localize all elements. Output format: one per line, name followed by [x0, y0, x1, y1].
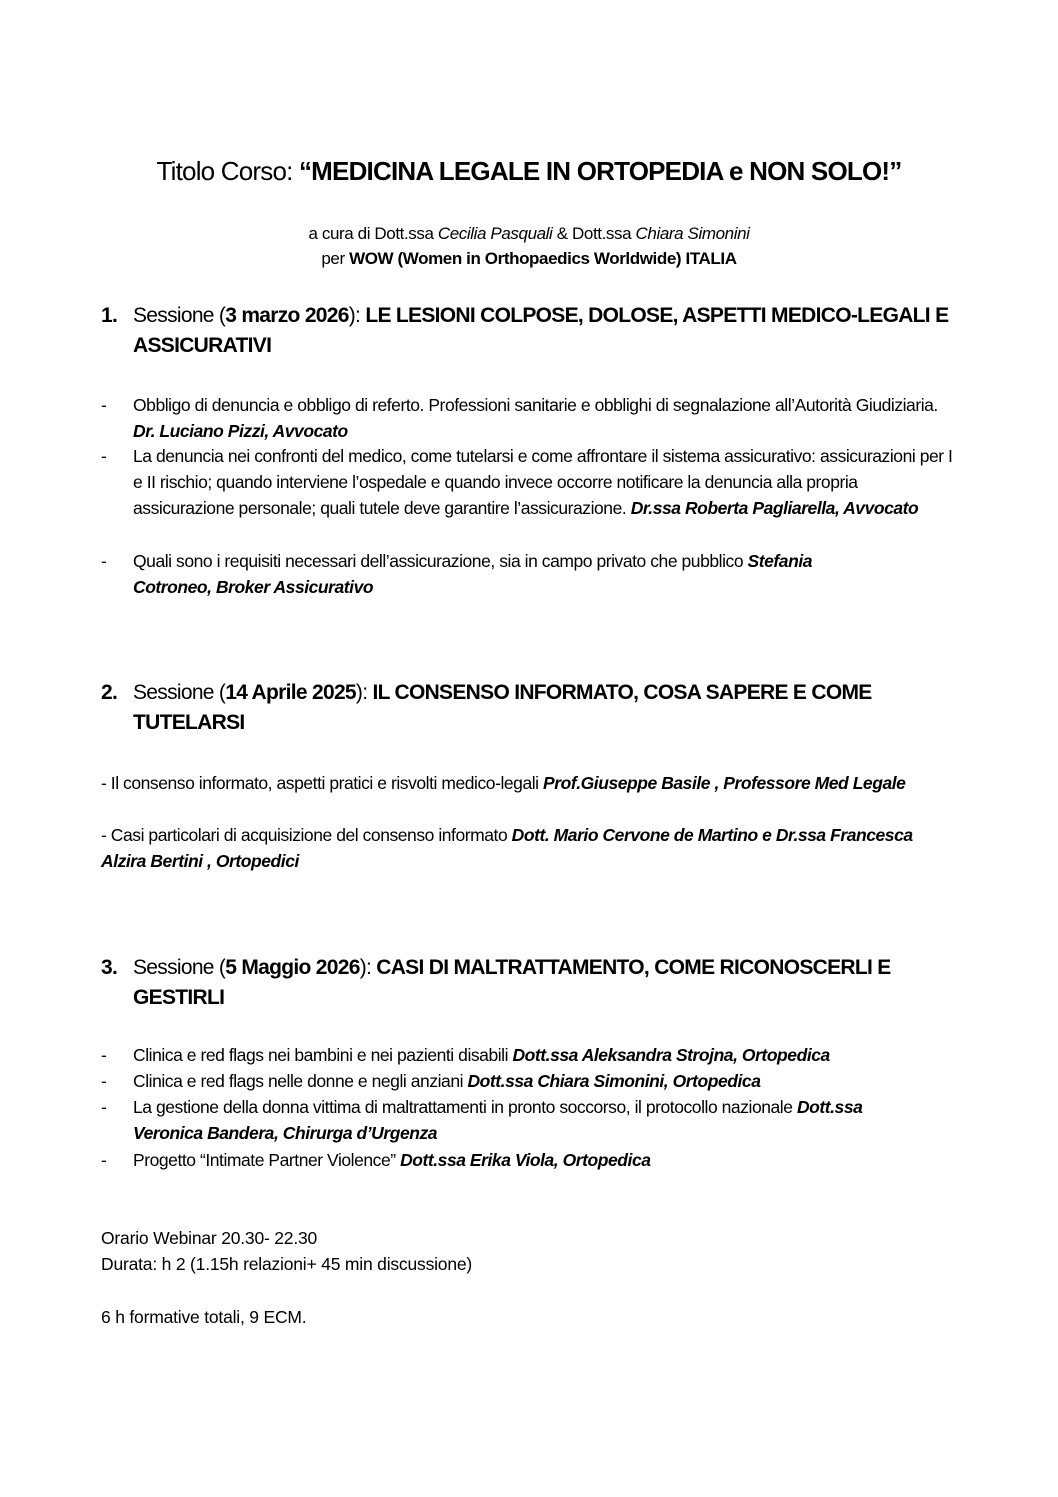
session-label: Sessione (	[133, 956, 225, 979]
session-label: Sessione (	[133, 304, 225, 327]
session-label: Sessione (	[133, 681, 225, 704]
course-title-prefix: Titolo Corso:	[157, 156, 299, 186]
curator-name: Cecilia Pasquali	[438, 224, 553, 243]
session-heading: 1. Sessione (3 marzo 2026): LE LESIONI C…	[101, 301, 961, 361]
dash-bullet: -	[101, 773, 111, 793]
dash-bullet: -	[101, 1068, 106, 1094]
session-heading: 2. Sessione (14 Aprile 2025): IL CONSENS…	[101, 678, 961, 738]
item-text: Il consenso informato, aspetti pratici e…	[111, 773, 543, 793]
session-item: - Quali sono i requisiti necessari dell’…	[101, 548, 961, 600]
speaker-name: Dr. Luciano Pizzi, Avvocato	[133, 421, 348, 441]
session-heading: 3. Sessione (5 Maggio 2026): CASI DI MAL…	[101, 953, 961, 1013]
for-prefix: per	[321, 249, 349, 268]
item-text: La gestione della donna vittima di maltr…	[133, 1097, 797, 1117]
speaker-name: Prof.Giuseppe Basile , Professore Med Le…	[543, 773, 905, 793]
session-item: - Obbligo di denuncia e obbligo di refer…	[101, 392, 961, 444]
session-item: - Progetto “Intimate Partner Violence” D…	[101, 1147, 961, 1173]
session-date: 5 Maggio 2026	[225, 956, 359, 979]
dash-bullet: -	[101, 392, 106, 418]
session-item: - La gestione della donna vittima di mal…	[101, 1094, 961, 1146]
item-text: Clinica e red flags nei bambini e nei pa…	[133, 1045, 512, 1065]
dash-bullet: -	[101, 1042, 106, 1068]
curated-middle: & Dott.ssa	[552, 224, 635, 243]
session-item: - Il consenso informato, aspetti pratici…	[101, 770, 961, 796]
session-item: - Casi particolari di acquisizione del c…	[101, 822, 961, 874]
session-item: - Clinica e red flags nei bambini e nei …	[101, 1042, 961, 1068]
document-page: Titolo Corso: “MEDICINA LEGALE IN ORTOPE…	[0, 0, 1058, 1497]
curator-name: Chiara Simonini	[636, 224, 750, 243]
session-date: 14 Aprile 2025	[225, 681, 356, 704]
organization-line: per WOW (Women in Orthopaedics Worldwide…	[0, 246, 1058, 271]
speaker-name: Dr.ssa Roberta Pagliarella, Avvocato	[631, 498, 919, 518]
curators-line: a cura di Dott.ssa Cecilia Pasquali & Do…	[0, 221, 1058, 246]
dash-bullet: -	[101, 1147, 106, 1173]
item-text: Progetto “Intimate Partner Violence”	[133, 1150, 400, 1170]
organization-name: WOW (Women in Orthopaedics Worldwide) IT…	[349, 249, 737, 268]
item-text: Quali sono i requisiti necessari dell’as…	[133, 551, 748, 571]
session-date: 3 marzo 2026	[225, 304, 349, 327]
session-label-close: ):	[356, 681, 373, 704]
dash-bullet: -	[101, 825, 111, 845]
session-number: 1.	[101, 301, 117, 331]
training-total: 6 h formative totali, 9 ECM.	[101, 1304, 306, 1330]
session-label-close: ):	[360, 956, 377, 979]
dash-bullet: -	[101, 443, 106, 469]
dash-bullet: -	[101, 1094, 106, 1120]
webinar-duration: Durata: h 2 (1.15h relazioni+ 45 min dis…	[101, 1251, 472, 1277]
session-item: - Clinica e red flags nelle donne e negl…	[101, 1068, 961, 1094]
webinar-schedule: Orario Webinar 20.30- 22.30	[101, 1225, 317, 1251]
item-text: Obbligo di denuncia e obbligo di referto…	[133, 395, 938, 415]
session-label-close: ):	[349, 304, 366, 327]
dash-bullet: -	[101, 548, 106, 574]
curated-prefix: a cura di Dott.ssa	[308, 224, 437, 243]
speaker-name: Dott.ssa Erika Viola, Ortopedica	[400, 1150, 650, 1170]
course-credits: a cura di Dott.ssa Cecilia Pasquali & Do…	[0, 221, 1058, 271]
session-number: 3.	[101, 953, 117, 983]
session-item: - La denuncia nei confronti del medico, …	[101, 443, 961, 521]
speaker-name: Dott.ssa Chiara Simonini, Ortopedica	[467, 1071, 760, 1091]
item-text: Casi particolari di acquisizione del con…	[111, 825, 512, 845]
speaker-name: Dott.ssa Aleksandra Strojna, Ortopedica	[512, 1045, 829, 1065]
course-title-main: “MEDICINA LEGALE IN ORTOPEDIA e NON SOLO…	[299, 156, 901, 186]
session-number: 2.	[101, 678, 117, 708]
course-title: Titolo Corso: “MEDICINA LEGALE IN ORTOPE…	[0, 156, 1058, 187]
item-text: Clinica e red flags nelle donne e negli …	[133, 1071, 467, 1091]
